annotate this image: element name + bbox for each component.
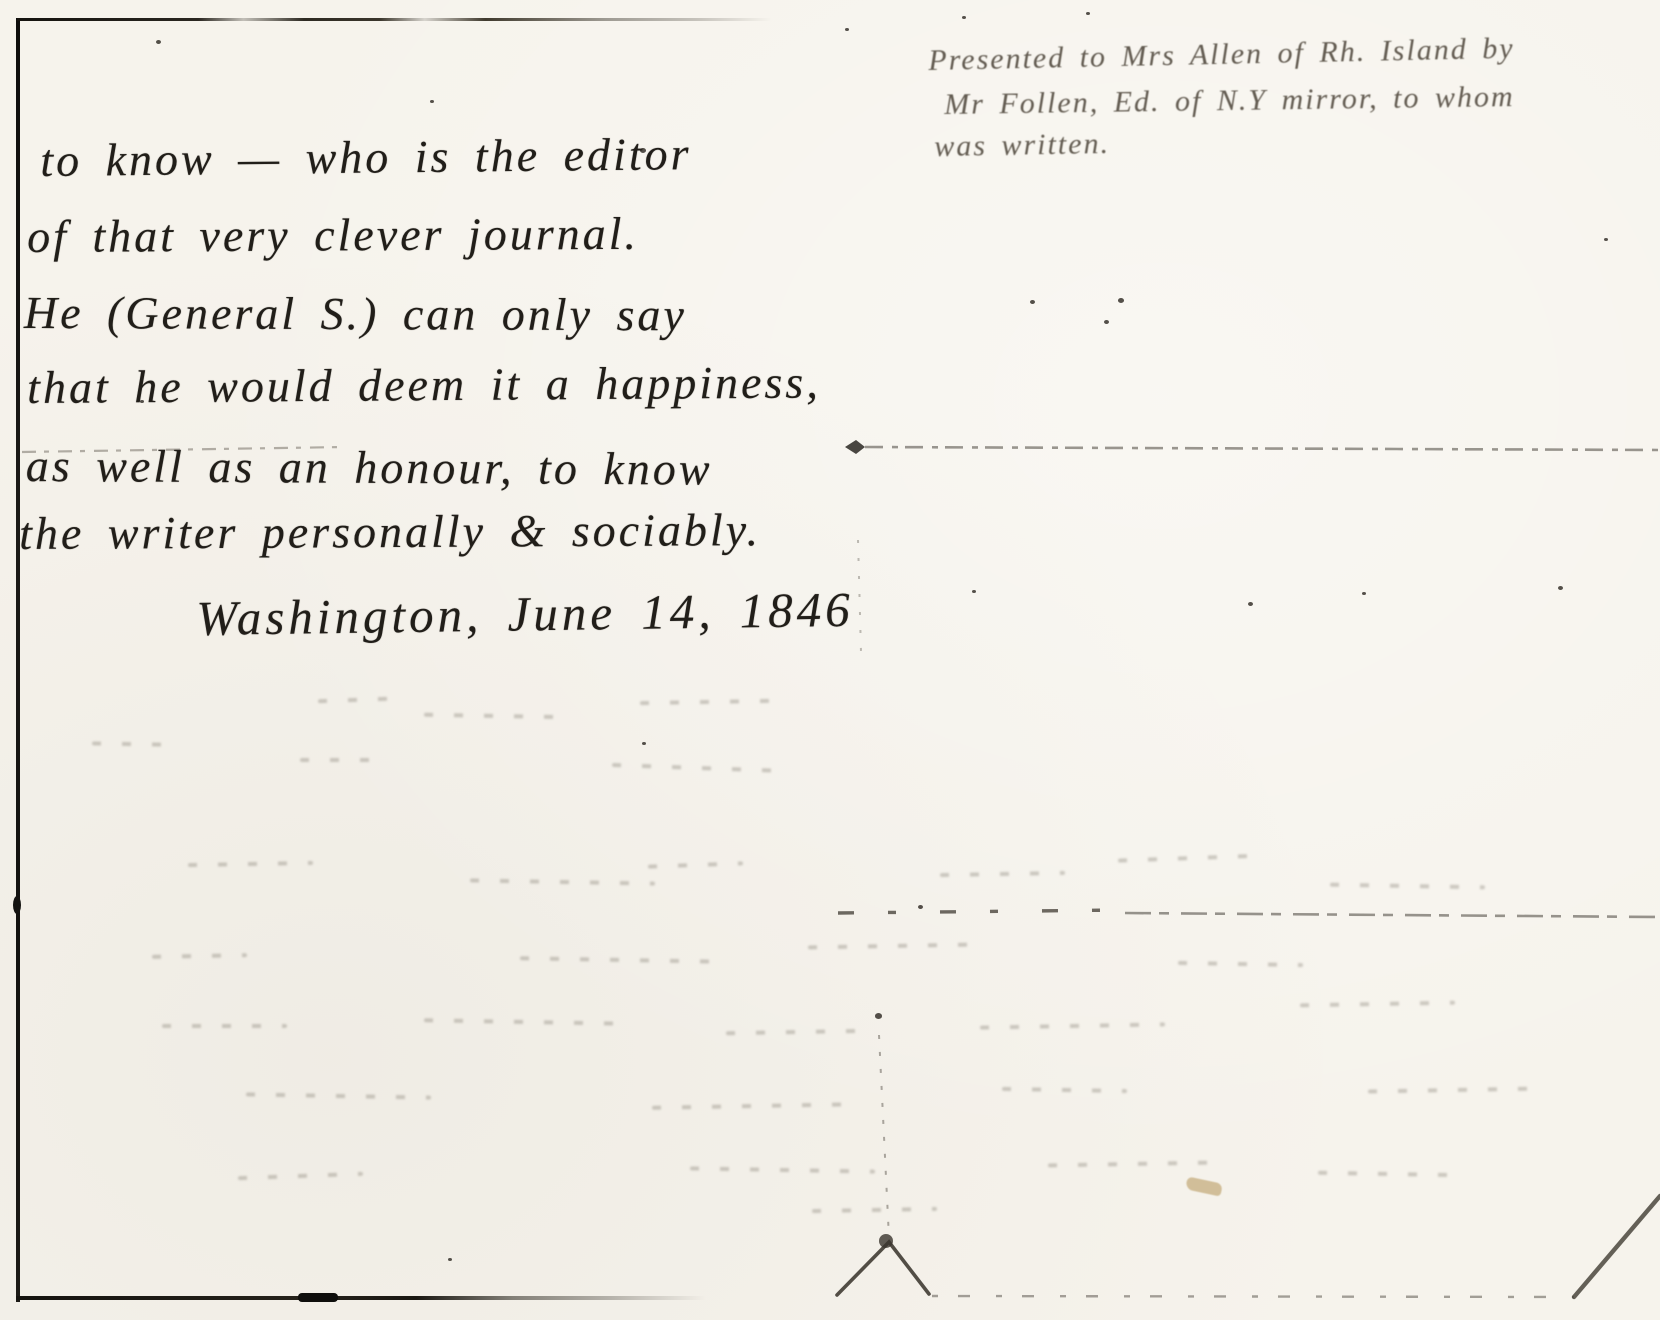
letter-line-3: He (General S.) can only say [24,286,687,341]
ink-bleed-smudge [318,697,388,703]
page-edge-ink-blob [298,1293,338,1302]
ink-bleed-smudge [690,1166,875,1173]
ink-speck [1558,586,1563,590]
ink-speck [430,100,434,103]
annotation-line-3: was written. [934,127,1110,164]
ink-bleed-smudge [424,1018,629,1026]
ink-speck [875,1013,882,1019]
ink-speck [918,905,923,909]
page-edge-left [16,18,20,1302]
ink-bleed-smudge [238,1172,363,1180]
fold-crease-vertical-upper [858,540,861,652]
ink-bleed-smudge [640,699,770,705]
letter-dateline: Washington, June 14, 1846 [196,581,854,647]
page-edge-bottom [16,1296,706,1300]
ink-bleed-smudge [520,956,725,964]
ink-bleed-smudge [1002,1087,1127,1093]
ink-bleed-smudge [470,878,655,885]
ink-speck [448,1258,452,1261]
ink-speck [972,590,976,593]
ink-speck [1604,238,1608,241]
letter-line-4: that he would deem it a happiness, [27,355,821,414]
ink-bleed-smudge [612,763,787,773]
ink-bleed-smudge [1318,1171,1463,1178]
ink-bleed-smudge [1330,883,1485,890]
fold-creases-overlay [0,0,1660,1320]
paper-stain [1185,1176,1223,1196]
scanned-letter-page: to know — who is the editor of that very… [0,0,1660,1320]
ink-bleed-smudge [980,1022,1165,1029]
page-edge-top [17,18,772,21]
ink-speck [962,16,966,19]
ink-bleed-smudge [300,758,390,762]
ink-bleed-smudge [648,861,743,868]
ink-bleed-smudge [812,1207,937,1213]
triangle-apex-smudge [879,1234,893,1248]
ink-bleed-smudge [92,741,162,746]
ink-bleed-smudge [162,1024,287,1028]
ink-bleed-smudge [152,953,247,959]
ink-bleed-smudge [808,943,973,950]
annotation-line-1: Presented to Mrs Allen of Rh. Island by [928,32,1515,78]
ink-bleed-smudge [246,1092,431,1099]
ink-speck [1104,320,1109,324]
ink-speck [1248,602,1253,606]
annotation-line-2: Mr Follen, Ed. of N.Y mirror, to whom [944,80,1515,122]
triangle-crease-mark [837,1242,929,1295]
ink-bleed-smudge [940,871,1065,877]
letter-line-6: the writer personally & sociably. [19,503,761,560]
ink-speck [1362,592,1366,595]
fold-crease-right [865,447,1660,450]
crease-arrowhead [845,440,865,454]
ink-bleed-smudge [188,861,313,867]
ink-speck [642,742,646,745]
letter-line-2: of that very clever journal. [27,207,639,263]
letter-line-1: to know — who is the editor [40,127,692,187]
ink-speck [1086,12,1090,15]
fold-crease-vertical-lower [879,1035,889,1238]
fold-crease-mid-right [1125,913,1660,917]
ink-bleed-smudge [1178,961,1303,967]
ink-speck [845,28,849,31]
page-edge-notch [13,896,21,914]
ink-bleed-smudge [1300,1001,1455,1008]
ink-bleed-smudge [1118,853,1268,862]
bottom-crease-dashes [932,1296,1574,1297]
ink-speck [1030,300,1035,304]
ink-bleed-smudge [726,1029,871,1036]
fold-crease-mid-left [838,910,1125,913]
ink-speck [156,40,161,44]
ink-bleed-smudge [1048,1161,1213,1168]
ink-bleed-smudge [652,1102,857,1110]
ink-bleed-smudge [424,713,574,720]
corner-diagonal-crease [1574,1196,1660,1297]
ghost-marks-layer [0,0,1660,1320]
ink-bleed-smudge [1368,1086,1543,1093]
ink-speck [1118,298,1124,303]
letter-line-5: as well as an honour, to know [26,439,713,496]
